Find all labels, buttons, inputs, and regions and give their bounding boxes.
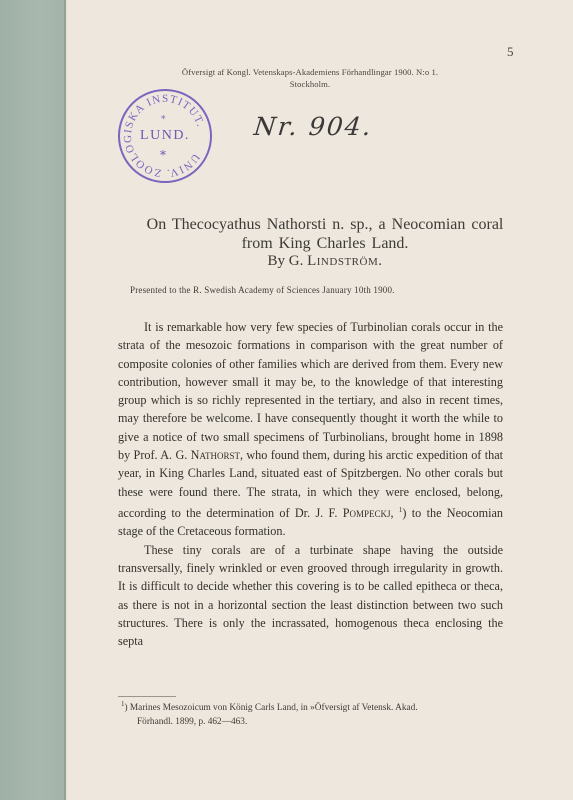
stamp-star-icon: *: [160, 148, 166, 162]
journal-header-line1: Öfversigt af Kongl. Vetenskaps-Akademien…: [110, 66, 510, 78]
person-name: Nathorst: [191, 448, 240, 462]
article-body: It is remarkable how very few species of…: [118, 318, 503, 650]
article-title: On Thecocyathus Nathorsti n. sp., a Neoc…: [110, 215, 540, 253]
person-name: Pompeckj: [343, 506, 391, 520]
handwritten-inventory-number: Nr. 904.: [252, 112, 374, 141]
presented-note: Presented to the R. Swedish Academy of S…: [130, 285, 550, 295]
page-number: 5: [507, 44, 514, 60]
byline-prefix: By G.: [268, 253, 308, 269]
journal-header: Öfversigt af Kongl. Vetenskaps-Akademien…: [110, 66, 510, 90]
author-byline: By G. Lindström.: [110, 253, 540, 270]
stamp-city: LUND.: [120, 128, 210, 144]
institute-stamp: UNIV. ZOOLOGISKA INSTITUT. * LUND. *: [118, 89, 212, 183]
article-title-line2: from King Charles Land.: [110, 234, 540, 253]
footnote: 1) Marines Mesozoicum von König Carls La…: [121, 697, 521, 729]
author-name: Lindström.: [307, 253, 382, 269]
stamp-star-icon: *: [161, 115, 166, 125]
paragraph: It is remarkable how very few species of…: [118, 318, 503, 541]
book-binding-edge: [0, 0, 66, 800]
article-title-line1: On Thecocyathus Nathorsti n. sp., a Neoc…: [110, 215, 540, 234]
paragraph: These tiny corals are of a turbinate sha…: [118, 541, 503, 651]
